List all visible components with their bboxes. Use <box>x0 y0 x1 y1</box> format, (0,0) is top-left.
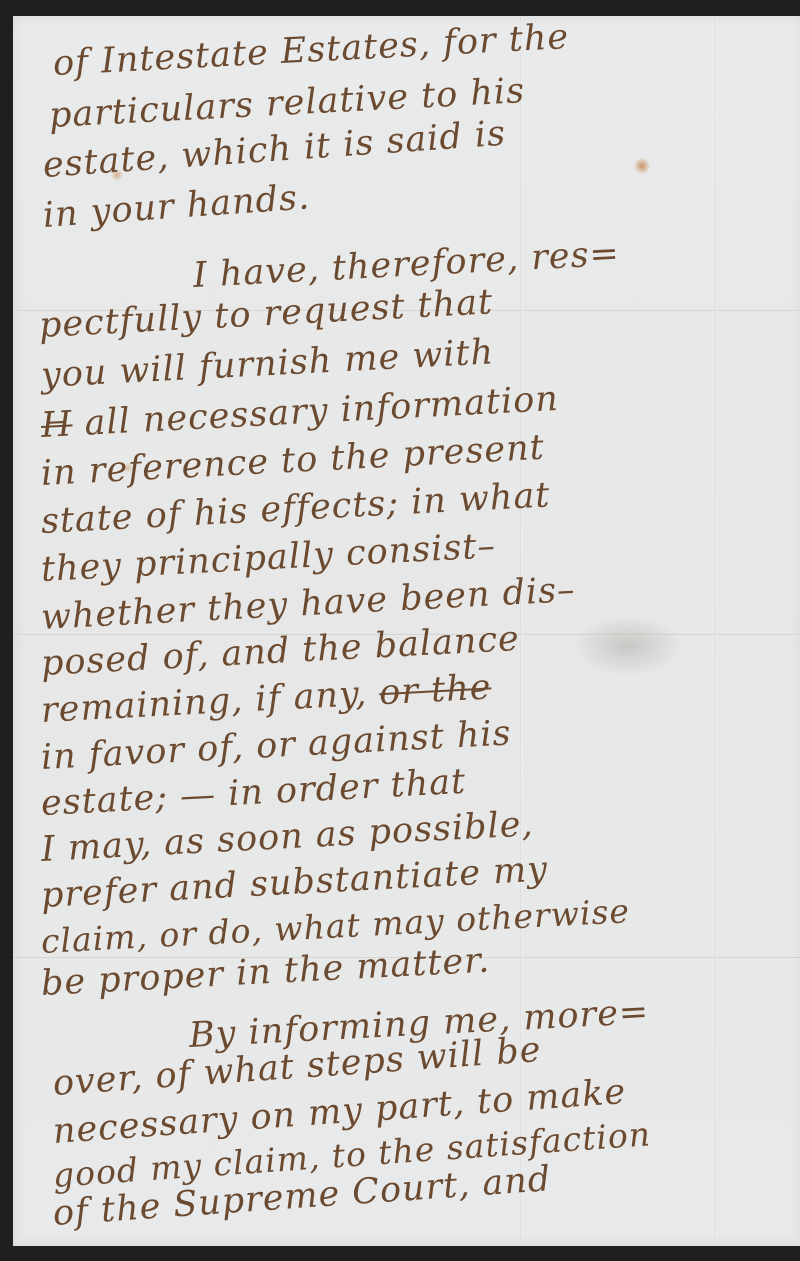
vertical-crease <box>715 16 717 1246</box>
foxing-stain <box>634 158 650 174</box>
ink-smudge <box>573 616 683 676</box>
text-line: in your hands. <box>42 177 312 236</box>
struck-text: or the <box>378 667 492 713</box>
letter-page: of Intestate Estates, for the particular… <box>13 16 800 1246</box>
struck-text: H <box>40 404 74 446</box>
